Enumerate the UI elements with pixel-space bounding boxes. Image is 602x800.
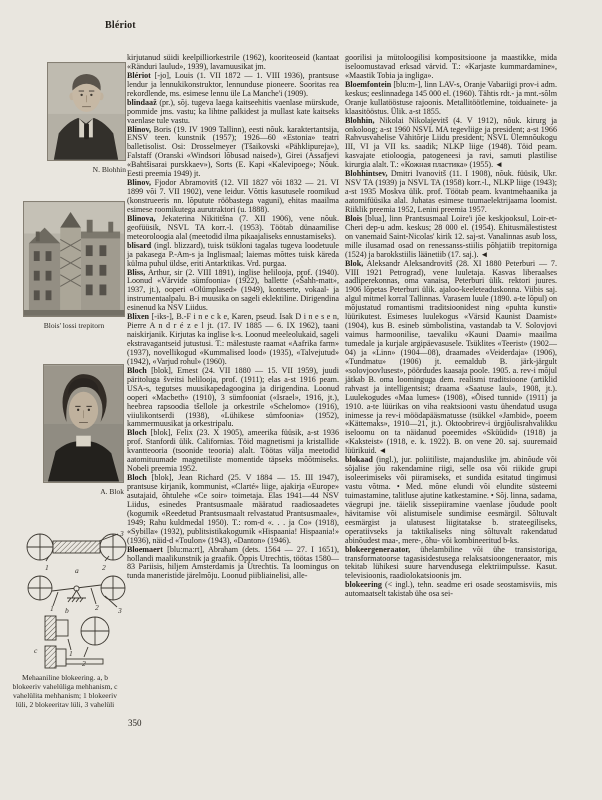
entry-term: Bloemfontein	[345, 80, 391, 89]
figure-caption: Mehaaniline blokeering. a, b blokeeriv v…	[7, 673, 123, 709]
entry-term: blokeergeneraator,	[345, 545, 410, 554]
entry-term: Bloemaert	[127, 545, 163, 554]
entry-bloch-ernest: Bloch [blok], Ernest (24. VII 1880 — 15.…	[127, 367, 339, 430]
entry-term: Blohhin,	[345, 116, 374, 125]
entry-body: Arthur, sir (2. VIII 1891), inglise heli…	[127, 268, 339, 313]
entry-body: Nikolai Nikolajevitš (4. V 1912), nõuk. …	[345, 116, 557, 170]
blohhin-portrait-photo	[47, 62, 126, 161]
entry-body: (ingl.), jur. poliitiliste, majanduslike…	[345, 455, 557, 544]
diagram-label: 3	[117, 606, 122, 615]
entry-blisard: blisard (ingl. blizzard), tuisk tsükloni…	[127, 242, 339, 269]
diagram-label: 1	[69, 649, 73, 658]
entry-body: Aleksandr Aleksandrovitš (28. XI 1880 Pe…	[345, 259, 557, 456]
entry-body: [-iks-], B.-F i n e c k e, Karen, pseud.…	[127, 312, 339, 366]
entry-blohhintsev: Blohhintsev, Dmitri Ivanovitš (11. I 190…	[345, 170, 557, 215]
diagram-label: c	[34, 646, 38, 655]
entry-blohhin: Blohhin, Nikolai Nikolajevitš (4. V 1912…	[345, 117, 557, 171]
entry-term: Blois	[345, 214, 362, 223]
entry-continuation: kirjutanud süidi keelpilliorkestrile (19…	[127, 54, 339, 72]
figure-blok: A. Blok	[43, 364, 124, 496]
entry-term: blisard	[127, 241, 151, 250]
entry-bloch-felix: Bloch [blok], Felix (23. X 1905), ameeri…	[127, 429, 339, 474]
entry-blinova: Blinova, Jekaterina Nikititšna (7. XII 1…	[127, 215, 339, 242]
blok-portrait-photo	[43, 364, 124, 483]
entry-term: Blohhintsev,	[345, 169, 388, 178]
entry-term: blokaad	[345, 455, 373, 464]
entry-term: Blixen	[127, 312, 149, 321]
entry-term: Blinova,	[127, 214, 156, 223]
entry-term: Blok,	[345, 259, 363, 268]
entry-body: Jekaterina Nikititšna (7. XII 1906), ven…	[127, 214, 339, 241]
entry-blinov-fjodor: Blinov, Fjodor Abramovitš (12. VII 1827 …	[127, 179, 339, 215]
entry-body: (pr.), sõj. tugeva laega kaitseehitis va…	[127, 98, 339, 125]
entry-blok: Blok, Aleksandr Aleksandrovitš (28. XI 1…	[345, 260, 557, 457]
entry-blinov-boris: Blinov, Boris (19. IV 1909 Tallinn), ees…	[127, 126, 339, 180]
entry-term: Bloch	[127, 366, 147, 375]
entry-blokaad: blokaad (ingl.), jur. poliitiliste, maja…	[345, 456, 557, 545]
figure-caption: Blois' lossi trepitorn	[23, 321, 125, 330]
entry-body: [blua], linn Prantsusmaal Loire'i jõe ke…	[345, 214, 557, 259]
entry-blois: Blois [blua], linn Prantsusmaal Loire'i …	[345, 215, 557, 260]
figure-blois-tower: Blois' lossi trepitorn	[23, 201, 125, 330]
figure-blohhin: N. Blohhin	[47, 62, 126, 174]
running-head-guideword: Blériot	[105, 20, 136, 31]
diagram-label: 2	[82, 659, 86, 668]
entry-term: blindaaž	[127, 98, 157, 107]
diagram-label: 1	[45, 563, 49, 572]
entry-term: blokeering	[345, 580, 382, 589]
entry-body: Fjodor Abramovitš (12. VII 1827 või 1832…	[127, 178, 339, 214]
text-column-left: kirjutanud süidi keelpilliorkestrile (19…	[127, 54, 339, 581]
entry-blokeering: blokeering (< ingl.), tehn. seadme eri o…	[345, 581, 557, 599]
diagram-label: 2	[95, 603, 99, 612]
diagram-label: a	[75, 566, 79, 575]
text-column-right: goorilisi ja mütoloogilisi kompositsioon…	[345, 54, 557, 599]
entry-body: [blok], Jean Richard (25. V 1884 — 15. I…	[127, 473, 339, 545]
entry-term: Blinov,	[127, 178, 151, 187]
entry-term: Blériot	[127, 71, 151, 80]
entry-bloemaert: Bloemaert [blu:ma:rt], Abraham (dets. 15…	[127, 546, 339, 582]
entry-body: (ingl. blizzard), tuisk tsükloni tagalas…	[127, 241, 339, 268]
entry-term: Blinov,	[127, 125, 151, 134]
figure-caption: N. Blohhin	[47, 165, 126, 174]
diagram-label: b	[65, 606, 69, 615]
blois-tower-photo	[23, 201, 125, 317]
diagram-label: 1	[50, 604, 54, 613]
page-number: 350	[128, 718, 142, 728]
entry-bleriot: Blériot [-jo], Louis (1. VII 1872 — 1. V…	[127, 72, 339, 99]
entry-body: [-jo], Louis (1. VII 1872 — 1. VIII 1936…	[127, 71, 339, 98]
figure-caption: A. Blok	[43, 487, 124, 496]
blokeering-diagram: 1 2 3 a 1 2 3 b 1 2 c	[25, 528, 128, 670]
figure-blokeering-diagram: 1 2 3 a 1 2 3 b 1 2 c	[25, 528, 128, 670]
entry-bloemaert-continuation: goorilisi ja mütoloogilisi kompositsioon…	[345, 54, 557, 81]
entry-bloemfontein: Bloemfontein [blu:m-], linn LAV-s, Oranj…	[345, 81, 557, 117]
entry-body: goorilisi ja mütoloogilisi kompositsioon…	[345, 53, 557, 80]
diagram-label: 2	[102, 563, 106, 572]
entry-blokeergeneraator: blokeergeneraator, ühelambiline või ühe …	[345, 546, 557, 582]
entry-blixen: Blixen [-iks-], B.-F i n e c k e, Karen,…	[127, 313, 339, 367]
entry-body: [blok], Ernest (24. VII 1880 — 15. VII 1…	[127, 366, 339, 429]
entry-body: Boris (19. IV 1909 Tallinn), eesti nõuk.…	[127, 125, 339, 179]
entry-term: Bloch	[127, 473, 147, 482]
entry-bloch-jean: Bloch [blok], Jean Richard (25. V 1884 —…	[127, 474, 339, 546]
entry-bliss: Bliss, Arthur, sir (2. VIII 1891), ingli…	[127, 269, 339, 314]
diagram-label: 3	[119, 529, 124, 538]
entry-body: [blok], Felix (23. X 1905), ameerika füü…	[127, 428, 339, 473]
entry-body: kirjutanud süidi keelpilliorkestrile (19…	[127, 53, 339, 71]
entry-blindaaz: blindaaž (pr.), sõj. tugeva laega kaitse…	[127, 99, 339, 126]
entry-term: Bloch	[127, 428, 147, 437]
